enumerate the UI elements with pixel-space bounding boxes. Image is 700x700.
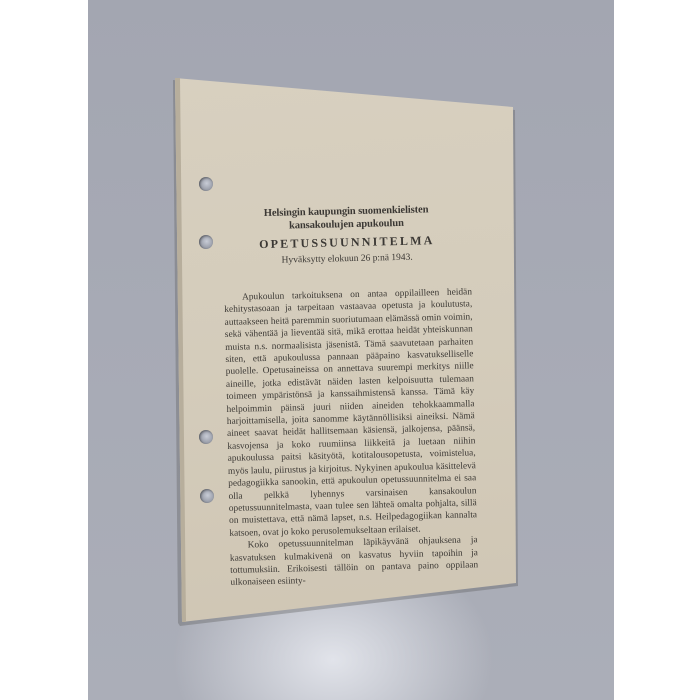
punch-hole-icon [199,430,213,444]
body-text: Apukoulun tarkoituksena on antaa oppilai… [224,286,479,589]
punch-hole-icon [199,177,213,191]
document-title: OPETUSSUUNNITELMA [223,232,471,252]
document-text: Helsingin kaupungin suomenkielisten kans… [222,202,479,589]
punch-hole-icon [199,235,213,249]
paragraph: Apukoulun tarkoituksena on antaa oppilai… [224,286,478,540]
paragraph: Koko opetussuunnitelman läpikäyvänä ohja… [230,534,479,589]
approval-date: Hyväksytty elokuun 26 p:nä 1943. [223,250,471,268]
punch-hole-icon [200,489,214,503]
booklet-page: Helsingin kaupungin suomenkielisten kans… [0,0,700,700]
